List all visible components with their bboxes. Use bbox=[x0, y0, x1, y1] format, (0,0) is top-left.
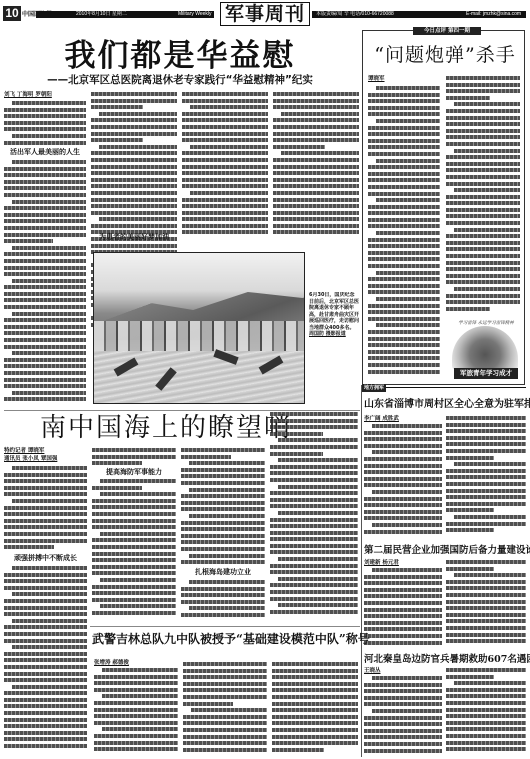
right-story-2-headline: 第二届民营企业加强国防后备力量建设论坛举办 bbox=[364, 543, 526, 559]
issue-date: 2010年8月10日 星期二 bbox=[76, 11, 127, 18]
cartoon-soldiers-image bbox=[452, 326, 518, 370]
right-story-1-headline: 山东省淄博市周村区全心全意为驻军排忧解难 bbox=[364, 396, 526, 414]
right-story-2-col2 bbox=[446, 560, 526, 648]
editor-info: 本版责编/周 辛 电话/010-66720088 bbox=[316, 11, 394, 18]
bottom-body-col1 bbox=[94, 668, 178, 756]
sea-byline-1: 特约记者 谭晓军 bbox=[4, 448, 44, 455]
column-title: “问题炮弹”杀手 bbox=[366, 43, 524, 67]
page-number: 10 bbox=[3, 6, 21, 21]
photo-caption: 6月30日，国庆纪念日前后，北京军区总医院离退休专家不顾年高，赴甘肃舟曲灾区开展… bbox=[309, 292, 359, 404]
lead-body-col1a bbox=[4, 101, 86, 149]
cartoon-banner: 军旅青年学习成才 bbox=[454, 368, 518, 379]
column-label: 今日点评 第四一期 bbox=[413, 27, 481, 35]
sea-headline: 南中国海上的瞭望哨 bbox=[40, 412, 280, 444]
right-story-1-col1 bbox=[364, 424, 442, 540]
sea-body-col2a bbox=[92, 448, 176, 466]
bottom-headline: 武警吉林总队九中队被授予“基础建设模范中队”称号 bbox=[92, 628, 358, 650]
sea-subhead-2: 提高海防军事能力 bbox=[92, 468, 176, 477]
lead-photo bbox=[93, 252, 305, 404]
lead-subhead-2: 为患者的美丽好梦加油 bbox=[91, 233, 177, 242]
divider-bottom bbox=[90, 626, 360, 627]
photo-credit: 周国防 摄影报道 bbox=[309, 331, 346, 337]
photo-caption-text: 6月30日，国庆纪念日前后，北京军区总医院离退休专家不顾年高，赴甘肃舟曲灾区开展… bbox=[309, 292, 359, 331]
divider-vertical bbox=[361, 385, 362, 757]
lead-subhead-1: 活出军人最美丽的人生 bbox=[4, 148, 86, 157]
right-story-3-headline: 河北秦皇岛边防官兵暑期救助607名遇困游客 bbox=[364, 652, 526, 668]
english-title: Military Weekly bbox=[178, 11, 212, 18]
right-story-3-byline: 王晓丛 bbox=[364, 668, 381, 675]
bottom-byline: 张增涛 郝德俊 bbox=[94, 660, 129, 667]
email-address: E-mail: jmzhk@sina.com bbox=[466, 11, 521, 18]
cartoon-arc-text: 学习雷锋 永远学习雷锋精神 bbox=[450, 320, 522, 326]
divider-lead bbox=[4, 410, 360, 411]
sea-body-col1b bbox=[4, 566, 87, 756]
sea-subhead-3: 扎根海岛建功立业 bbox=[181, 568, 265, 577]
right-story-2-byline: 刘建新 杨元君 bbox=[364, 560, 399, 567]
right-story-3-col2 bbox=[446, 668, 526, 756]
right-story-2-col1 bbox=[364, 568, 442, 648]
section-tag-local: 地方拥军 bbox=[362, 384, 386, 392]
bottom-body-col2 bbox=[183, 662, 267, 756]
lead-body-col4 bbox=[273, 92, 359, 242]
bottom-body-col3 bbox=[272, 662, 358, 756]
lead-body-col1b bbox=[4, 160, 86, 408]
lead-body-col3 bbox=[182, 92, 268, 242]
sea-body-col3b bbox=[181, 580, 265, 620]
lead-byline: 刘飞 丁海明 罗朝阳 bbox=[4, 92, 52, 99]
lead-subheadline: ——北京军区总医院离退休老专家践行“华益慰精神”纪实 bbox=[40, 74, 320, 87]
column-body-col2 bbox=[446, 76, 520, 316]
right-story-3-col1 bbox=[364, 676, 442, 756]
right-story-1-col2 bbox=[446, 416, 526, 540]
masthead: 10 中国国防报 ///// 2010年8月10日 星期二 Military W… bbox=[0, 0, 530, 30]
divider-right-top bbox=[362, 387, 526, 388]
sea-subhead-1: 顽强拼搏中不断成长 bbox=[4, 554, 87, 563]
section-title: 军事周刊 bbox=[220, 2, 310, 26]
sea-body-col4 bbox=[270, 412, 358, 620]
sea-body-col3a bbox=[181, 448, 265, 568]
lead-headline: 我们都是华益慰 bbox=[60, 38, 300, 74]
sea-body-col2b bbox=[92, 479, 176, 619]
column-body-col1 bbox=[368, 86, 440, 380]
right-story-1-byline: 李广阔 成胜武 bbox=[364, 416, 399, 423]
column-byline: 谭晓军 bbox=[368, 76, 385, 83]
sea-byline-2: 通讯员 张小凤 覃国强 bbox=[4, 456, 57, 463]
cartoon-illustration: 学习雷锋 永远学习雷锋精神 军旅青年学习成才 bbox=[450, 320, 522, 382]
